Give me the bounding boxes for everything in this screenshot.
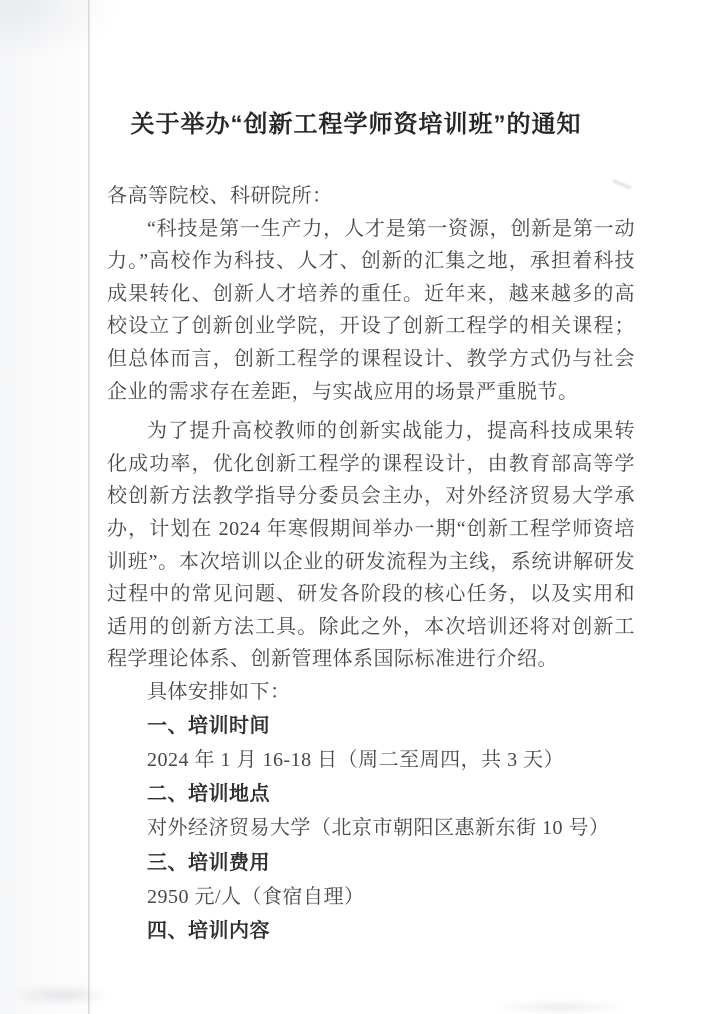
salutation: 各高等院校、科研院所： — [107, 180, 635, 213]
section-body-training-time: 2024 年 1 月 16-18 日（周二至周四，共 3 天） — [107, 743, 635, 777]
scan-corner-shade — [0, 0, 120, 60]
paragraph-background: “科技是第一生产力，人才是第一资源，创新是第一动力。”高校作为科技、人才、创新的… — [107, 213, 635, 409]
section-heading-training-location: 二、培训地点 — [107, 777, 635, 811]
section-body-training-location: 对外经济贸易大学（北京市朝阳区惠新东街 10 号） — [107, 811, 635, 845]
scanned-notice-page: 关于举办“创新工程学师资培训班”的通知 各高等院校、科研院所： “科技是第一生产… — [0, 0, 720, 1014]
section-body-training-fee: 2950 元/人（食宿自理） — [107, 880, 635, 914]
notice-title: 关于举办“创新工程学师资培训班”的通知 — [92, 106, 620, 144]
scan-smudge — [495, 1000, 625, 1014]
section-heading-training-fee: 三、培训费用 — [107, 846, 635, 880]
arrangement-sections: 一、培训时间 2024 年 1 月 16-18 日（周二至周四，共 3 天） 二… — [107, 709, 635, 949]
paragraph-arrangements-lead-in: 具体安排如下： — [107, 676, 635, 709]
scan-fold-line — [88, 0, 89, 1014]
page-left-margin-shade — [0, 0, 88, 1014]
notice-body: 关于举办“创新工程学师资培训班”的通知 各高等院校、科研院所： “科技是第一生产… — [107, 106, 635, 949]
scan-smudge — [14, 984, 109, 1006]
section-heading-training-content: 四、培训内容 — [107, 914, 635, 948]
paragraph-training-overview: 为了提升高校教师的创新实战能力，提高科技成果转化成功率，优化创新工程学的课程设计… — [107, 415, 635, 676]
section-heading-training-time: 一、培训时间 — [107, 709, 635, 743]
